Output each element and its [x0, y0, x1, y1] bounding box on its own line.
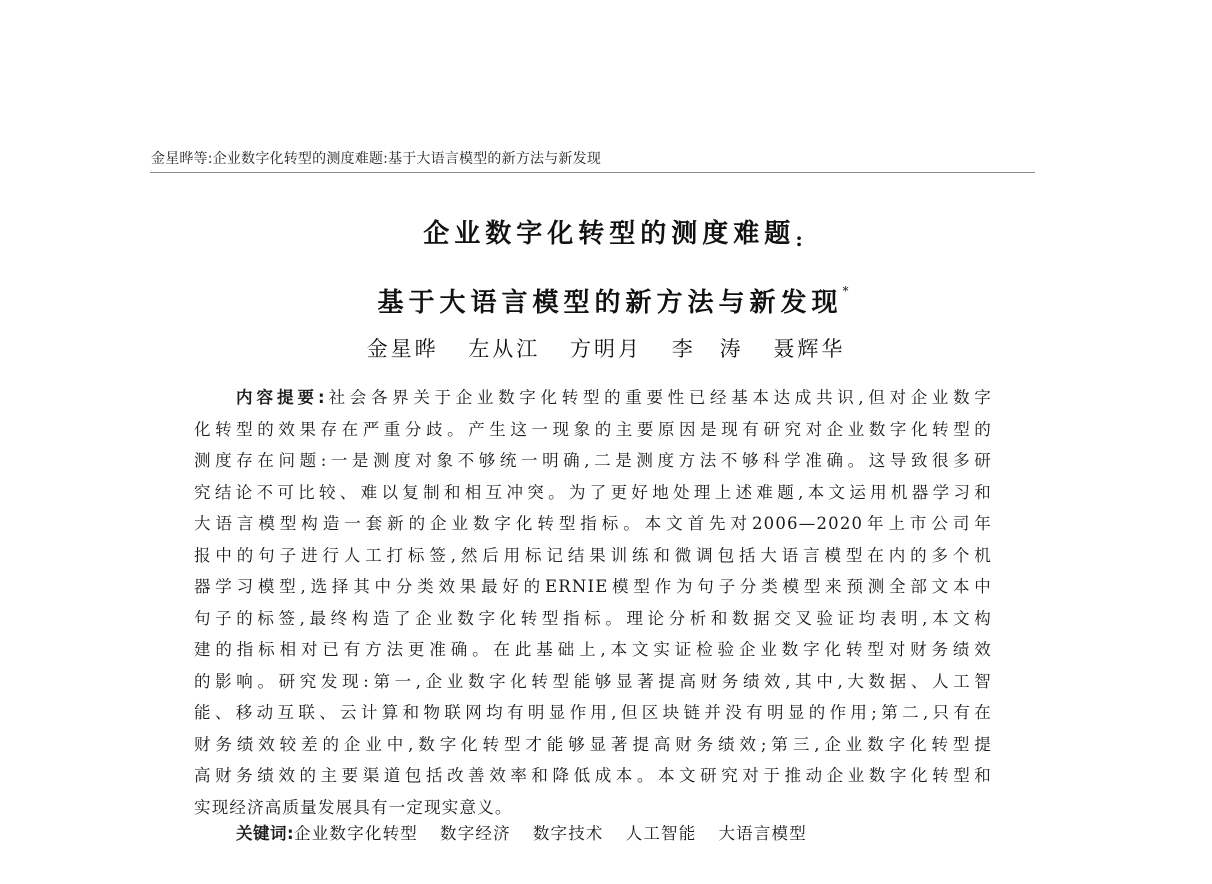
footnote-marker[interactable]: *	[843, 284, 849, 298]
abstract-line: 高财务绩效的主要渠道包括改善效率和降低成本。本文研究对于推动企业数字化转型和	[194, 760, 992, 792]
keywords-label: 关键词:	[236, 824, 294, 843]
title-line-2: 基于大语言模型的新方法与新发现*	[0, 265, 1212, 329]
abstract-line: 报中的句子进行人工打标签,然后用标记结果训练和微调包括大语言模型在内的多个机	[194, 540, 992, 572]
abstract-line: 的影响。研究发现:第一,企业数字化转型能够显著提高财务绩效,其中,大数据、人工智	[194, 666, 992, 698]
abstract-line: 建的指标相对已有方法更准确。在此基础上,本文实证检验企业数字化转型对财务绩效	[194, 634, 992, 666]
keyword: 数字经济	[440, 820, 511, 844]
author-list: 金星晔 左从江 方明月 李 涛 聂辉华	[0, 333, 1212, 363]
title-main: 企业数字化转型的测度难题	[423, 219, 795, 249]
keyword: 数字技术	[533, 820, 604, 844]
abstract-label: 内容提要:	[236, 388, 325, 407]
keyword: 大语言模型	[718, 820, 807, 844]
author: 方明月	[570, 333, 642, 363]
keywords: 关键词:企业数字化转型数字经济数字技术人工智能大语言模型	[236, 820, 829, 844]
abstract: 内容提要:社会各界关于企业数字化转型的重要性已经基本达成共识,但对企业数字 化转…	[194, 382, 992, 823]
author: 左从江	[468, 333, 540, 363]
abstract-line: 能、移动互联、云计算和物联网均有明显作用,但区块链并没有明显的作用;第二,只有在	[194, 697, 992, 729]
running-header: 金星晔等:企业数字化转型的测度难题:基于大语言模型的新方法与新发现	[151, 148, 601, 168]
keyword: 人工智能	[626, 820, 697, 844]
keyword: 企业数字化转型	[294, 820, 418, 844]
abstract-line: 实现经济高质量发展具有一定现实意义。	[194, 792, 992, 824]
abstract-line: 大语言模型构造一套新的企业数字化转型指标。本文首先对2006—2020年上市公司…	[194, 508, 992, 540]
paper-title: 企业数字化转型的测度难题: 基于大语言模型的新方法与新发现*	[0, 208, 1212, 329]
author: 李 涛	[672, 333, 744, 363]
abstract-line: 测度存在问题:一是测度对象不够统一明确,二是测度方法不够科学准确。这导致很多研	[194, 445, 992, 477]
header-rule	[150, 172, 1035, 173]
abstract-line: 句子的标签,最终构造了企业数字化转型指标。理论分析和数据交叉验证均表明,本文构	[194, 603, 992, 635]
author: 金星晔	[367, 333, 439, 363]
title-colon: :	[795, 227, 802, 251]
abstract-text: 社会各界关于企业数字化转型的重要性已经基本达成共识,但对企业数字	[325, 388, 992, 407]
abstract-line: 化转型的效果存在严重分歧。产生这一现象的主要原因是现有研究对企业数字化转型的	[194, 414, 992, 446]
abstract-line: 究结论不可比较、难以复制和相互冲突。为了更好地处理上述难题,本文运用机器学习和	[194, 477, 992, 509]
title-line-1: 企业数字化转型的测度难题:	[0, 208, 1212, 265]
title-subtitle: 基于大语言模型的新方法与新发现	[377, 288, 842, 318]
abstract-line: 器学习模型,选择其中分类效果最好的ERNIE模型作为句子分类模型来预测全部文本中	[194, 571, 992, 603]
author: 聂辉华	[773, 333, 845, 363]
abstract-line: 内容提要:社会各界关于企业数字化转型的重要性已经基本达成共识,但对企业数字	[194, 382, 992, 414]
abstract-line: 财务绩效较差的企业中,数字化转型才能够显著提高财务绩效;第三,企业数字化转型提	[194, 729, 992, 761]
